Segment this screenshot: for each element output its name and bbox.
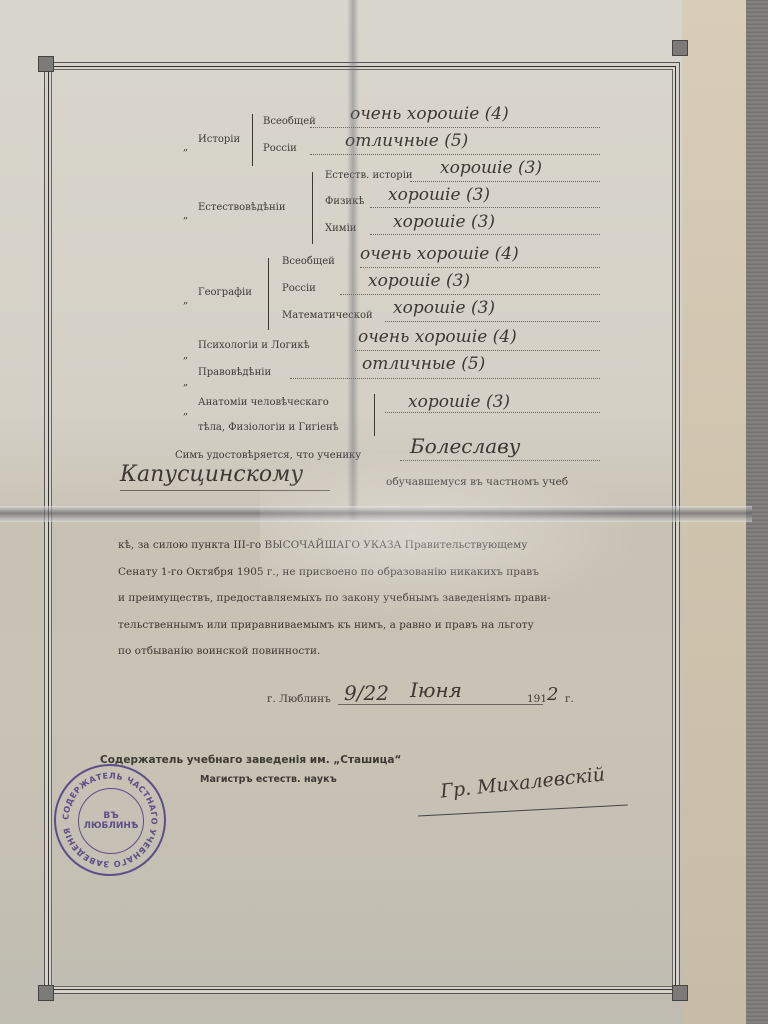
body-line-3: и преимуществъ, предоставляемыхъ по зако… (118, 585, 606, 612)
stamp-center: ВЪ ЛЮБЛИНѢ (78, 788, 144, 854)
label-anatomy-line2: тѣла, Физіологіи и Гигіенѣ (198, 422, 339, 433)
label-geography: Географіи (198, 287, 252, 298)
grade-geography-math: хорошіе (3) (393, 298, 495, 318)
ditto-mark: „ (183, 350, 188, 361)
date-month: Іюня (410, 678, 462, 702)
brace (374, 394, 375, 436)
date-suffix: г. (565, 693, 574, 705)
stamp-center-line1: ВЪ (103, 811, 118, 821)
fill-line (370, 234, 600, 235)
label-geography-math: Математической (282, 310, 373, 321)
school-stamp: СОДЕРЖАТЕЛЬ ЧАСТНАГО УЧЕБНАГО ЗАВЕДЕНІЯ … (54, 764, 166, 876)
fill-line (410, 181, 600, 182)
legal-notice: кѣ, за силою пункта III-го ВЫСОЧАЙШАГО У… (118, 532, 606, 665)
body-line-5: по отбыванію воинской повинности. (118, 638, 606, 665)
fill-line (290, 378, 600, 379)
date-year-hand: 2 (547, 684, 558, 705)
student-surname: Капусцинскому (120, 462, 303, 487)
date-place: г. Люблинъ (267, 693, 331, 705)
ditto-mark: „ (183, 295, 188, 306)
grade-natural-history: хорошіе (3) (440, 158, 542, 178)
grade-physics: хорошіе (3) (388, 185, 490, 205)
label-law: Правовѣдѣніи (198, 367, 271, 378)
student-first-name: Болеславу (410, 434, 520, 458)
brace (252, 114, 253, 166)
body-line-2: Сенату 1-го Октября 1905 г., не присвоен… (118, 559, 606, 586)
grade-history-russia: отличные (5) (345, 131, 468, 151)
fill-line (120, 490, 330, 491)
label-geography-russia: Россіи (282, 283, 316, 294)
fill-line (370, 207, 600, 208)
grade-anatomy: хорошіе (3) (408, 392, 510, 412)
label-history-general: Всеобщей (263, 116, 316, 127)
fill-line (355, 350, 600, 351)
corner-ornament-icon (38, 56, 54, 72)
owner-title: Магистръ естеств. наукъ (200, 774, 337, 785)
label-history-russia: Россіи (263, 143, 297, 154)
grade-geography-general: очень хорошіе (4) (360, 244, 519, 264)
fill-line (360, 267, 600, 268)
label-natural-sciences: Естествовѣдѣніи (198, 202, 286, 213)
grade-psychology-logic: очень хорошіе (4) (358, 327, 517, 347)
body-line-0: обучавшемуся въ частномъ учеб (386, 476, 568, 488)
ditto-mark: „ (183, 406, 188, 417)
horizontal-fold-tape (0, 506, 752, 522)
fill-line (400, 460, 600, 461)
fill-line (385, 321, 600, 322)
date-year-printed: 191 (527, 693, 547, 705)
ditto-mark: „ (183, 142, 188, 153)
corner-ornament-icon (38, 985, 54, 1001)
vertical-fold (347, 0, 359, 520)
brace (268, 258, 269, 330)
ditto-mark: „ (183, 210, 188, 221)
ditto-mark: „ (183, 377, 188, 388)
grade-geography-russia: хорошіе (3) (368, 271, 470, 291)
label-psychology-logic: Психологіи и Логикѣ (198, 340, 310, 351)
corner-ornament-icon (672, 40, 688, 56)
fill-line (385, 412, 600, 413)
label-natural-history: Естеств. исторіи (325, 170, 413, 181)
date-day: 9/22 (344, 681, 389, 705)
label-history: Исторіи (198, 134, 240, 145)
body-line-1: кѣ, за силою пункта III-го ВЫСОЧАЙШАГО У… (118, 532, 606, 559)
fill-line (340, 294, 600, 295)
grade-history-general: очень хорошіе (4) (350, 104, 509, 124)
stamp-center-line2: ЛЮБЛИНѢ (83, 821, 138, 831)
certify-text: Симъ удостовѣряется, что ученику (175, 450, 361, 461)
grade-law: отличные (5) (362, 354, 485, 374)
label-geography-general: Всеобщей (282, 256, 335, 267)
grade-chemistry: хорошіе (3) (393, 212, 495, 232)
corner-ornament-icon (672, 985, 688, 1001)
body-line-4: тельственнымъ или приравниваемымъ къ ним… (118, 612, 606, 639)
school-owner: Содержатель учебнаго заведенія им. „Сташ… (100, 754, 401, 766)
label-anatomy-line1: Анатоміи человѣческаго (198, 397, 329, 408)
brace (312, 172, 313, 244)
